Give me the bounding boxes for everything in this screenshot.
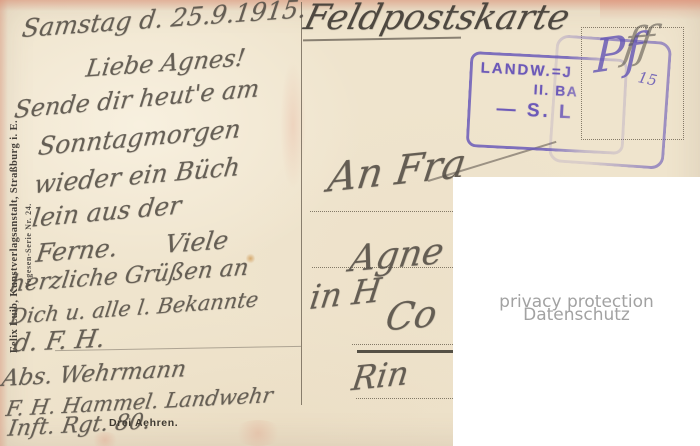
stain-spot xyxy=(280,60,306,190)
address-dotted-line xyxy=(356,398,453,399)
privacy-protection-overlay: privacy protection Datenschutz xyxy=(453,177,700,446)
stamp-text-line: II. BA xyxy=(533,81,624,102)
recipient-line: Co xyxy=(383,291,440,339)
message-signature: d. F. H. xyxy=(12,323,108,357)
postcard-scan: Felix Luib, Kunstverlagsanstalt, Straßbu… xyxy=(0,0,700,446)
address-dotted-line xyxy=(352,344,453,345)
address-dotted-line xyxy=(310,211,453,212)
recipient-line: Rin xyxy=(349,353,411,399)
caption-text: Drei Aehren. xyxy=(109,417,178,429)
stamp-text-line: — S. L xyxy=(496,98,623,127)
recipient-line: An Fra xyxy=(325,140,469,201)
sender-line: Abs. Wehrmann xyxy=(0,356,188,392)
recipient-line: in H xyxy=(307,270,383,317)
ink-monogram-number: 15 xyxy=(636,68,658,90)
message-line: Samstag d. 25.9.1915. xyxy=(20,0,308,43)
message-line: wieder ein Büch xyxy=(33,152,242,199)
feldpostkarte-script: Feldpostskarte xyxy=(300,0,574,38)
center-divider-line xyxy=(301,2,302,405)
stain-spot xyxy=(232,420,284,446)
